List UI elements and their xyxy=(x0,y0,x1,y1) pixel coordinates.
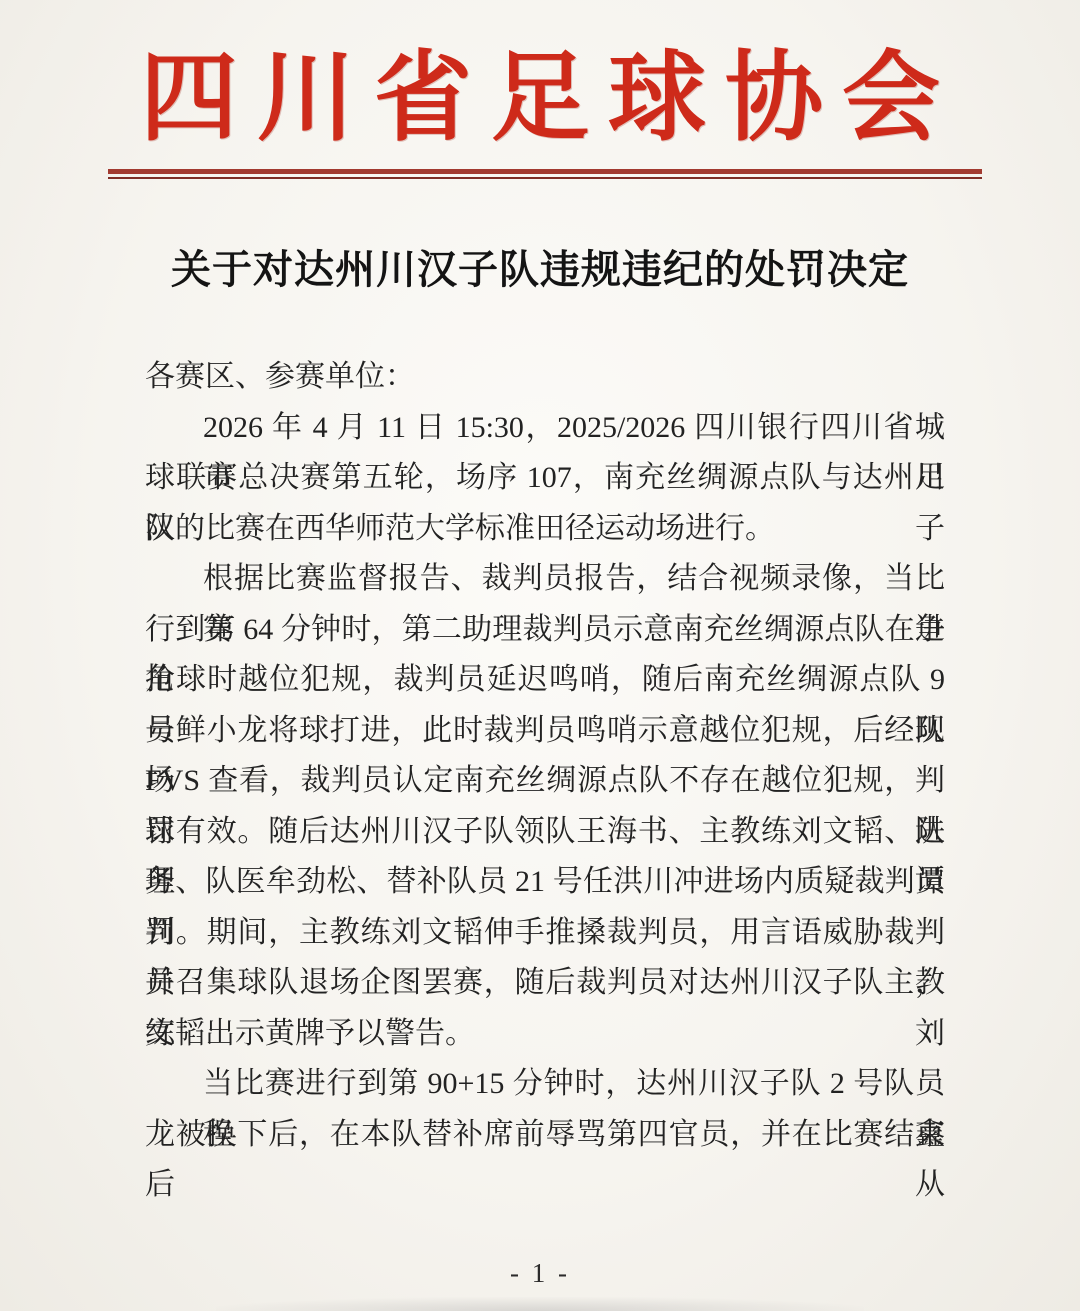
letterhead-org-name: 四川省足球协会 xyxy=(0,40,1080,158)
document-title: 关于对达州川汉子队违规违纪的处罚决定 xyxy=(0,246,1080,294)
body-line: 根据比赛监督报告、裁判员报告，结合视频录像，当比赛进 xyxy=(145,554,945,605)
document-body: 各赛区、参赛单位：2026 年 4 月 11 日 15:30，2025/2026… xyxy=(145,352,945,1160)
body-line: 行到第 64 分钟时，第二助理裁判员示意南充丝绸源点队在争抢 xyxy=(145,605,945,656)
body-line: 各赛区、参赛单位： xyxy=(145,352,945,403)
body-line: 球联赛总决赛第五轮，场序 107，南充丝绸源点队与达州川汉子 xyxy=(145,453,945,504)
letterhead-divider-rule xyxy=(108,169,982,179)
body-line: 2026 年 4 月 11 日 15:30，2025/2026 四川银行四川省城… xyxy=(145,403,945,454)
body-line: 罚。期间，主教练刘文韬伸手推搡裁判员，用言语威胁裁判员， xyxy=(145,908,945,959)
photo-edge-shading xyxy=(216,1297,864,1311)
body-line: 角球时越位犯规，裁判员延迟鸣哨，随后南充丝绸源点队 9 号队 xyxy=(145,655,945,706)
body-line: FVS 查看，裁判员认定南充丝绸源点队不存在越位犯规，判罚进 xyxy=(145,756,945,807)
document-page: 四川省足球协会 关于对达州川汉子队违规违纪的处罚决定 各赛区、参赛单位：2026… xyxy=(0,0,1080,1311)
body-line: 当比赛进行到第 90+15 分钟时，达州川汉子队 2 号队员程鑫 xyxy=(145,1059,945,1110)
body-line: 球有效。随后达州川汉子队领队王海书、主教练刘文韬、队务谭 xyxy=(145,807,945,858)
body-line: 员鲜小龙将球打进，此时裁判员鸣哨示意越位犯规，后经现场 xyxy=(145,706,945,757)
body-line: 龙被换下后，在本队替补席前辱骂第四官员，并在比赛结束后从 xyxy=(145,1110,945,1161)
body-line: 并召集球队退场企图罢赛，随后裁判员对达州川汉子队主教练刘 xyxy=(145,958,945,1009)
body-line: 理、队医牟劲松、替补队员 21 号任洪川冲进场内质疑裁判员判 xyxy=(145,857,945,908)
page-number: - 1 - xyxy=(0,1256,1080,1290)
